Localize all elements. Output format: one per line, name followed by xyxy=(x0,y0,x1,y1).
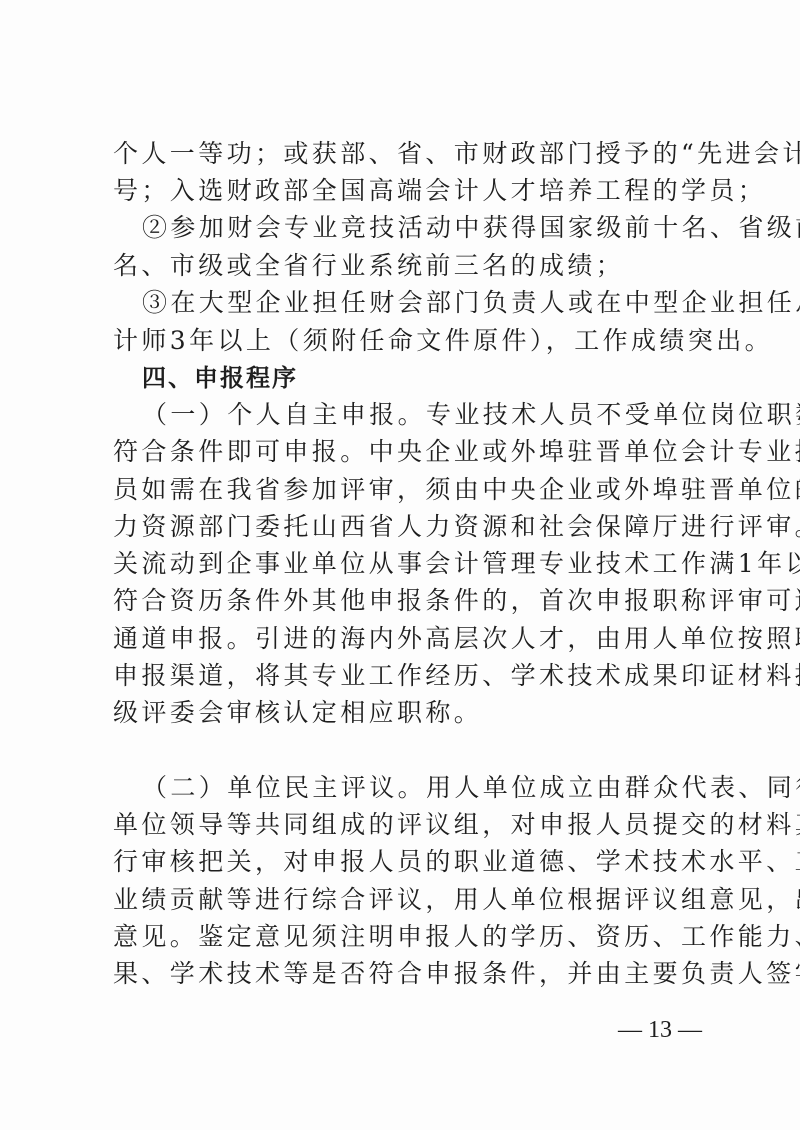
text-line: 单位领导等共同组成的评议组，对申报人员提交的材料真实性进 xyxy=(113,810,703,840)
paragraph-2-start: （二）单位民主评议。用人单位成立由群众代表、同行专家、 xyxy=(142,773,703,803)
text-line: 关流动到企事业单位从事会计管理专业技术工作满1年以上并 xyxy=(113,549,703,579)
text-line: 符合资历条件外其他申报条件的，首次申报职称评审可通过绿色 xyxy=(113,586,703,616)
list-item-3: ③在大型企业担任财会部门负责人或在中型企业担任总会 xyxy=(142,288,703,318)
text-line: 号；入选财政部全国高端会计人才培养工程的学员； xyxy=(113,176,703,206)
text-line: 力资源部门委托山西省人力资源和社会保障厅进行评审。从机 xyxy=(113,512,703,542)
text-line: 员如需在我省参加评审，须由中央企业或外埠驻晋单位的总部人 xyxy=(113,475,703,505)
text-line: 意见。鉴定意见须注明申报人的学历、资历、工作能力、业绩成 xyxy=(113,922,703,952)
section-heading: 四、申报程序 xyxy=(142,363,703,393)
list-item-2: ②参加财会专业竞技活动中获得国家级前十名、省级前六 xyxy=(142,213,703,243)
text-line: 通道申报。引进的海内外高层次人才，由用人单位按照职称评审 xyxy=(113,624,703,654)
text-line: 名、市级或全省行业系统前三名的成绩； xyxy=(113,251,703,281)
text-line: 符合条件即可申报。中央企业或外埠驻晋单位会计专业技术人 xyxy=(113,437,703,467)
text-line: 业绩贡献等进行综合评议，用人单位根据评议组意见，出具鉴定 xyxy=(113,885,703,915)
page-number: — 13 — xyxy=(600,1015,720,1045)
text-line: 个人一等功；或获部、省、市财政部门授予的“先进会计工作者”称 xyxy=(113,139,703,169)
text-line: 果、学术技术等是否符合申报条件，并由主要负责人签字、用人单 xyxy=(113,959,703,989)
text-line: 申报渠道，将其专业工作经历、学术技术成果印证材料报对应高 xyxy=(113,661,703,691)
text-line: 级评委会审核认定相应职称。 xyxy=(113,698,703,728)
document-page: 个人一等功；或获部、省、市财政部门授予的“先进会计工作者”称 号；入选财政部全国… xyxy=(0,0,800,1130)
text-line: 行审核把关，对申报人员的职业道德、学术技术水平、工作能力和 xyxy=(113,847,703,877)
paragraph-1-start: （一）个人自主申报。专业技术人员不受单位岗位职数限制， xyxy=(142,400,703,430)
text-line: 计师3年以上（须附任命文件原件），工作成绩突出。 xyxy=(113,326,703,356)
